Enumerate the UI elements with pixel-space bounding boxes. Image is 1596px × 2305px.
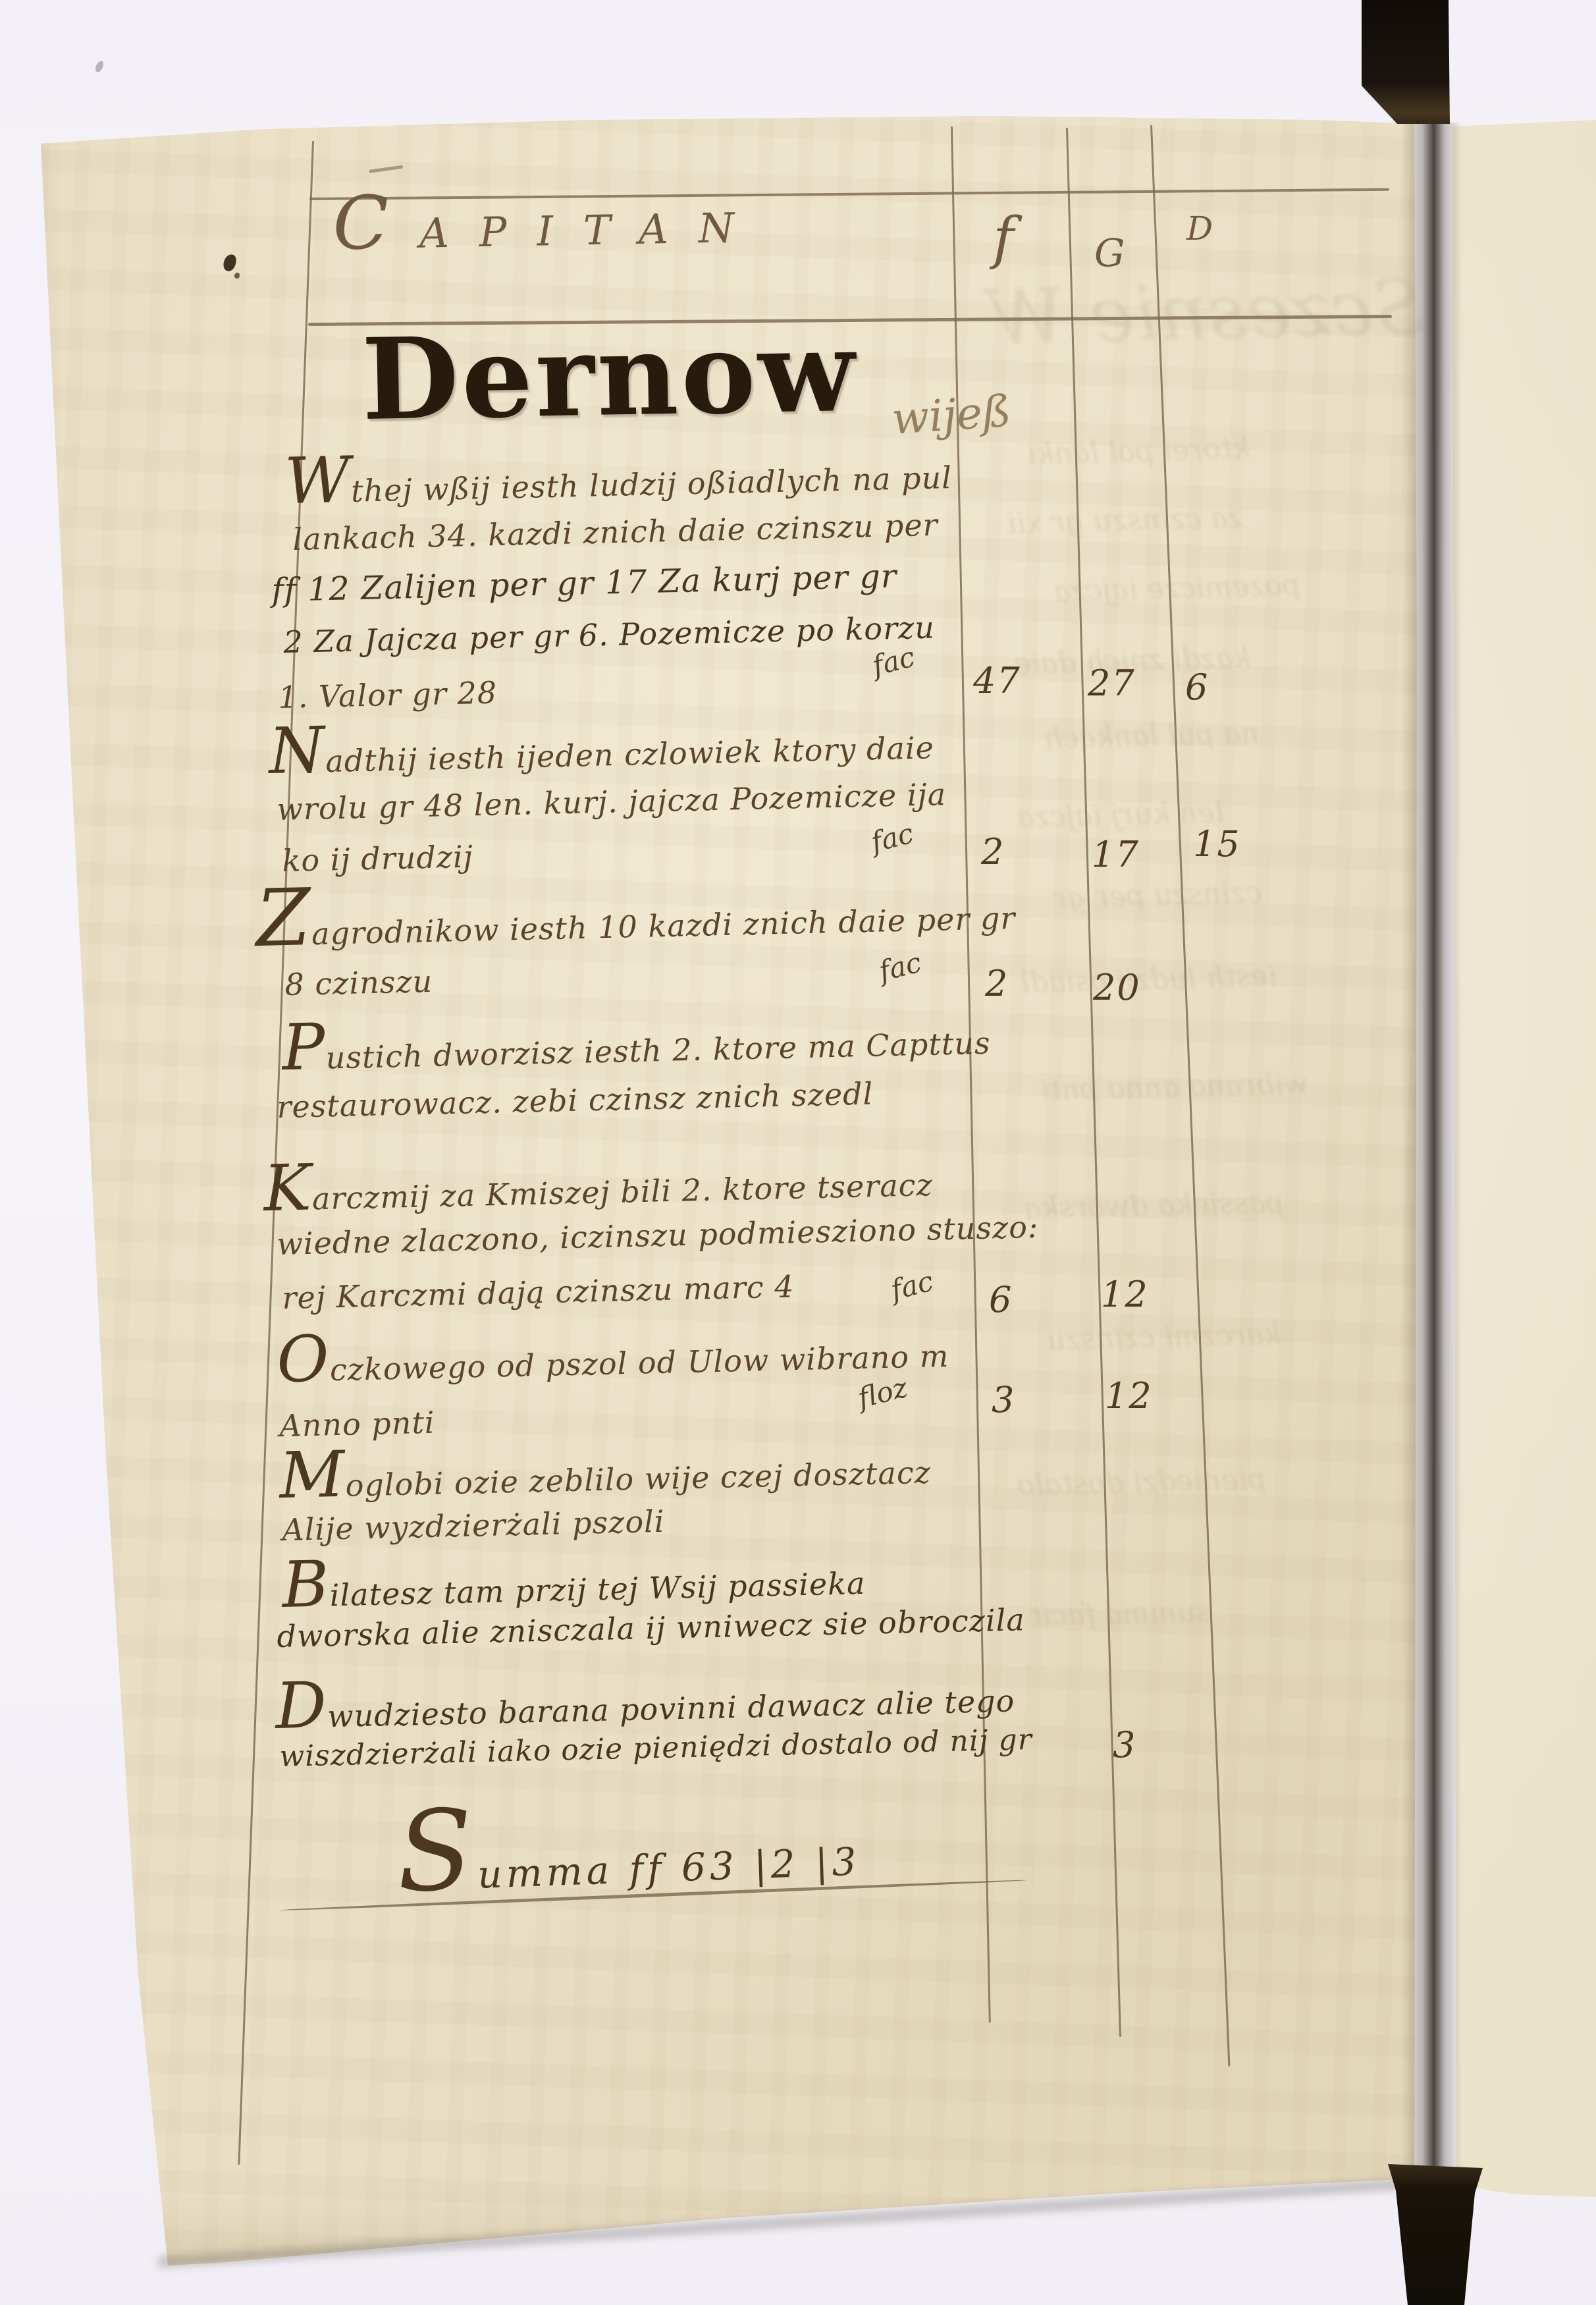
bleed-through-text: len kurj iajcza <box>1017 796 1224 834</box>
bleed-through-text: czinszu per gr <box>1053 876 1262 915</box>
entry-line: 8 czinszu <box>284 966 433 1000</box>
village-title-suffix: wijeß <box>890 385 1013 444</box>
bleed-through-text: Sczesnie W <box>986 263 1426 362</box>
column-header-grosze: G <box>1094 230 1125 275</box>
amount-florins: 2 <box>985 963 1009 1004</box>
amount-florins: 2 <box>981 831 1005 873</box>
bleed-through-text: karczmi czinszu <box>1046 1317 1281 1357</box>
bleed-through-text: pozemicze iajcza <box>1053 568 1301 609</box>
bleed-through-text: za czinszu gr xii <box>1007 501 1243 540</box>
entry-line: 1. Valor gr 28 <box>278 677 498 713</box>
amount-grosze: 12 <box>1105 1375 1153 1417</box>
ink-speck <box>234 273 240 279</box>
paper-mark <box>94 60 105 73</box>
amount-florins: 3 <box>992 1379 1015 1421</box>
binding-ribbon-top <box>0 0 1596 132</box>
amount-grosze: 12 <box>1101 1274 1149 1315</box>
amount-grosze: 3 <box>1113 1724 1136 1766</box>
bleed-through-text: kazdi znich daie <box>1013 641 1251 680</box>
entry-line: Anno pnti <box>279 1407 435 1441</box>
column-header-denars: D <box>1186 209 1213 248</box>
bleed-through-text: na pul lankach <box>1043 717 1260 756</box>
amount-florins: 6 <box>989 1279 1013 1320</box>
column-header-florins: f <box>993 205 1014 271</box>
bleed-through-text: summa facit <box>1030 1594 1211 1633</box>
village-title: Dernow <box>361 315 858 436</box>
bleed-through-text: ktorei pol lanki <box>1026 432 1250 472</box>
bleed-through-text: iesth ludzij osiadl <box>1020 960 1277 1000</box>
bleed-through-text: passieka dworska <box>1023 1185 1285 1226</box>
amount-grosze: 17 <box>1092 834 1140 875</box>
entry-line: ko ij drudzij <box>282 841 473 876</box>
entry-line: Alije wyzdzierżali pszoli <box>282 1506 665 1545</box>
page-caption: CAPITAN <box>332 202 765 259</box>
book-gutter <box>1401 122 1462 2188</box>
bleed-through-text: pieniedzi dostalo <box>1017 1462 1266 1502</box>
bleed-through-text: wibrano anno pnti <box>1040 1067 1309 1108</box>
